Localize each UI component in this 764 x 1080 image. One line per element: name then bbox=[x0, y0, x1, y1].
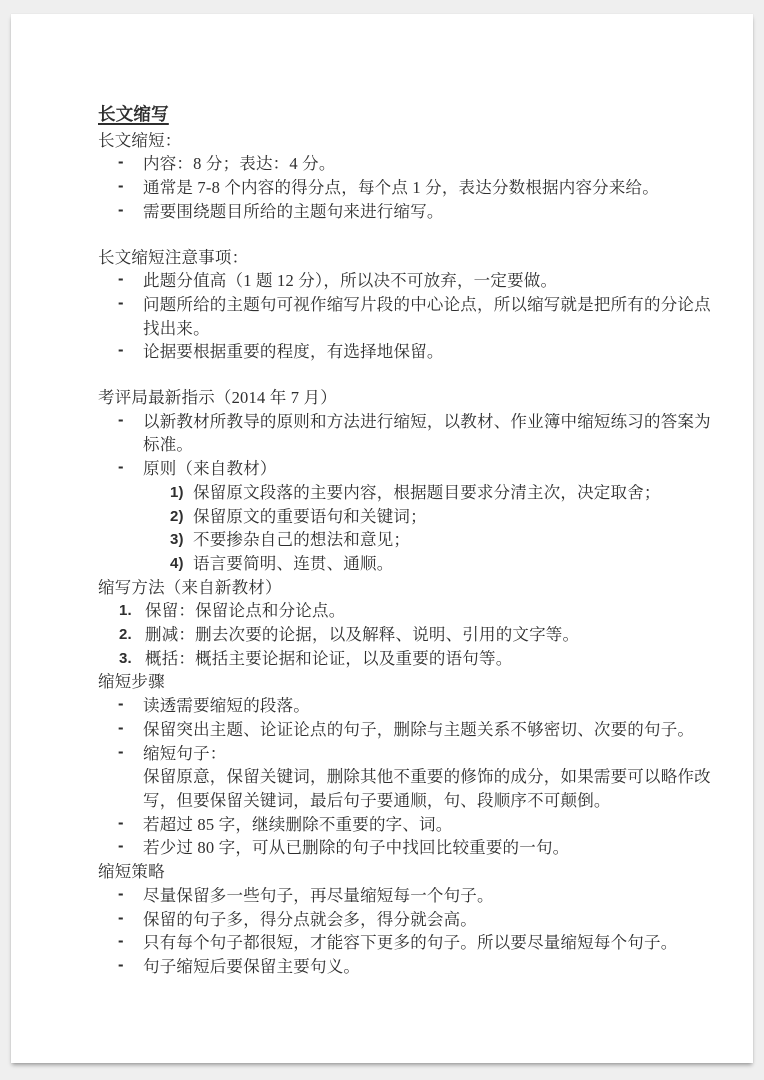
bullet-item: -只有每个句子都很短，才能容下更多的句子。所以要尽量缩短每个句子。 bbox=[98, 931, 715, 955]
line-text: 原则（来自教材） bbox=[143, 459, 277, 478]
bullet-item: -若少过 80 字，可从已删除的句子中找回比较重要的一句。 bbox=[98, 836, 715, 860]
bullet-item: -以新教材所教导的原则和方法进行缩短，以教材、作业簿中缩短练习的答案为 bbox=[98, 410, 715, 434]
numbered-item: 3.概括：概括主要论据和论证，以及重要的语句等。 bbox=[98, 647, 715, 671]
dash-bullet-marker: - bbox=[118, 292, 124, 316]
numbered-item: 1)保留原文段落的主要内容，根据题目要求分清主次，决定取舍； bbox=[98, 481, 715, 505]
line-text: 长文缩短： bbox=[98, 131, 182, 150]
section-header: 缩短步骤 bbox=[98, 670, 715, 694]
line-text: 写，但要保留关键词，最后句子要通顺，句、段顺序不可颠倒。 bbox=[143, 791, 611, 810]
dash-bullet-marker: - bbox=[118, 175, 124, 199]
bullet-item: -若超过 85 字，继续删除不重要的字、词。 bbox=[98, 813, 715, 837]
line-text: 缩短策略 bbox=[98, 862, 165, 881]
continuation-line: 写，但要保留关键词，最后句子要通顺，句、段顺序不可颠倒。 bbox=[98, 789, 715, 813]
bullet-item: -保留突出主题、论证论点的句子，删除与主题关系不够密切、次要的句子。 bbox=[98, 718, 715, 742]
line-text: 语言要简明、连贯、通顺。 bbox=[193, 554, 393, 573]
line-text: 需要围绕题目所给的主题句来进行缩写。 bbox=[143, 202, 444, 221]
numbered-item: 3)不要掺杂自己的想法和意见； bbox=[98, 528, 715, 552]
dash-bullet-marker: - bbox=[118, 907, 124, 931]
bullet-item: -原则（来自教材） bbox=[98, 457, 715, 481]
dash-bullet-marker: - bbox=[118, 199, 124, 223]
dash-bullet-marker: - bbox=[118, 717, 124, 741]
doc-section: 长文缩写长文缩短：-内容：8 分；表达：4 分。-通常是 7-8 个内容的得分点… bbox=[98, 103, 715, 224]
line-text: 找出来。 bbox=[143, 319, 210, 338]
bullet-item: -尽量保留多一些句子，再尽量缩短每一个句子。 bbox=[98, 884, 715, 908]
number-label: 4) bbox=[170, 552, 184, 576]
line-text: 标准。 bbox=[143, 435, 193, 454]
bullet-item: -通常是 7-8 个内容的得分点，每个点 1 分，表达分数根据内容分来给。 bbox=[98, 176, 715, 200]
continuation-line: 标准。 bbox=[98, 433, 715, 457]
continuation-line: 找出来。 bbox=[98, 317, 715, 341]
section-header: 考评局最新指示（2014 年 7 月） bbox=[98, 386, 715, 410]
dash-bullet-marker: - bbox=[118, 954, 124, 978]
doc-section: 长文缩短注意事项：-此题分值高（1 题 12 分），所以决不可放弃，一定要做。-… bbox=[98, 246, 715, 365]
line-text: 论据要根据重要的程度，有选择地保留。 bbox=[143, 342, 444, 361]
line-text: 保留原意，保留关键词，删除其他不重要的修饰的成分，如果需要可以略作改 bbox=[143, 767, 711, 786]
doc-section: 缩写方法（来自新教材）1.保留：保留论点和分论点。2.删减：删去次要的论据，以及… bbox=[98, 576, 715, 671]
section-header: 缩短策略 bbox=[98, 860, 715, 884]
dash-bullet-marker: - bbox=[118, 456, 124, 480]
number-label: 2. bbox=[119, 623, 132, 647]
bullet-item: -此题分值高（1 题 12 分），所以决不可放弃，一定要做。 bbox=[98, 269, 715, 293]
line-text: 句子缩短后要保留主要句义。 bbox=[143, 957, 360, 976]
dash-bullet-marker: - bbox=[118, 339, 124, 363]
number-label: 2) bbox=[170, 505, 184, 529]
line-text: 不要掺杂自己的想法和意见； bbox=[193, 530, 410, 549]
doc-section: 缩短步骤-读透需要缩短的段落。-保留突出主题、论证论点的句子，删除与主题关系不够… bbox=[98, 670, 715, 860]
line-text: 若超过 85 字，继续删除不重要的字、词。 bbox=[143, 815, 452, 834]
number-label: 1) bbox=[170, 481, 184, 505]
dash-bullet-marker: - bbox=[118, 812, 124, 836]
section-header: 长文缩短： bbox=[98, 129, 715, 153]
dash-bullet-marker: - bbox=[118, 268, 124, 292]
number-label: 3. bbox=[119, 647, 132, 671]
dash-bullet-marker: - bbox=[118, 409, 124, 433]
line-text: 缩短步骤 bbox=[98, 672, 165, 691]
line-text: 概括：概括主要论据和论证，以及重要的语句等。 bbox=[145, 649, 512, 668]
section-header: 缩写方法（来自新教材） bbox=[98, 576, 715, 600]
line-text: 问题所给的主题句可视作缩写片段的中心论点，所以缩写就是把所有的分论点 bbox=[143, 295, 711, 314]
bullet-item: -需要围绕题目所给的主题句来进行缩写。 bbox=[98, 200, 715, 224]
dash-bullet-marker: - bbox=[118, 930, 124, 954]
numbered-item: 4)语言要简明、连贯、通顺。 bbox=[98, 552, 715, 576]
bullet-item: -论据要根据重要的程度，有选择地保留。 bbox=[98, 340, 715, 364]
line-text: 保留：保留论点和分论点。 bbox=[145, 601, 345, 620]
doc-title: 长文缩写 bbox=[98, 103, 715, 127]
line-text: 删减：删去次要的论据，以及解释、说明、引用的文字等。 bbox=[145, 625, 579, 644]
doc-section: 考评局最新指示（2014 年 7 月）-以新教材所教导的原则和方法进行缩短，以教… bbox=[98, 386, 715, 576]
dash-bullet-marker: - bbox=[118, 741, 124, 765]
bullet-item: -问题所给的主题句可视作缩写片段的中心论点，所以缩写就是把所有的分论点 bbox=[98, 293, 715, 317]
line-text: 保留原文的重要语句和关键词； bbox=[193, 507, 427, 526]
line-text: 保留原文段落的主要内容，根据题目要求分清主次，决定取舍； bbox=[193, 483, 661, 502]
continuation-line: 保留原意，保留关键词，删除其他不重要的修饰的成分，如果需要可以略作改 bbox=[98, 765, 715, 789]
bullet-item: -句子缩短后要保留主要句义。 bbox=[98, 955, 715, 979]
line-text: 以新教材所教导的原则和方法进行缩短，以教材、作业簿中缩短练习的答案为 bbox=[143, 412, 711, 431]
dash-bullet-marker: - bbox=[118, 883, 124, 907]
line-text: 此题分值高（1 题 12 分），所以决不可放弃，一定要做。 bbox=[143, 271, 557, 290]
line-text: 若少过 80 字，可从已删除的句子中找回比较重要的一句。 bbox=[143, 838, 569, 857]
line-text: 缩写方法（来自新教材） bbox=[98, 578, 282, 597]
bullet-item: -缩短句子： bbox=[98, 742, 715, 766]
bullet-item: -保留的句子多，得分点就会多，得分就会高。 bbox=[98, 908, 715, 932]
scan-background: 长文缩写长文缩短：-内容：8 分；表达：4 分。-通常是 7-8 个内容的得分点… bbox=[0, 0, 764, 1080]
document-content: 长文缩写长文缩短：-内容：8 分；表达：4 分。-通常是 7-8 个内容的得分点… bbox=[11, 14, 753, 979]
dash-bullet-marker: - bbox=[118, 151, 124, 175]
bullet-item: -读透需要缩短的段落。 bbox=[98, 694, 715, 718]
line-text: 长文缩短注意事项： bbox=[98, 248, 248, 267]
number-label: 1. bbox=[119, 599, 132, 623]
numbered-item: 1.保留：保留论点和分论点。 bbox=[98, 599, 715, 623]
line-text: 长文缩写 bbox=[98, 104, 169, 124]
line-text: 尽量保留多一些句子，再尽量缩短每一个句子。 bbox=[143, 886, 494, 905]
section-header: 长文缩短注意事项： bbox=[98, 246, 715, 270]
numbered-item: 2)保留原文的重要语句和关键词； bbox=[98, 505, 715, 529]
line-text: 通常是 7-8 个内容的得分点，每个点 1 分，表达分数根据内容分来给。 bbox=[143, 178, 659, 197]
line-text: 内容：8 分；表达：4 分。 bbox=[143, 154, 336, 173]
line-text: 保留突出主题、论证论点的句子，删除与主题关系不够密切、次要的句子。 bbox=[143, 720, 694, 739]
document-page: 长文缩写长文缩短：-内容：8 分；表达：4 分。-通常是 7-8 个内容的得分点… bbox=[11, 14, 753, 1063]
line-text: 缩短句子： bbox=[143, 744, 227, 763]
line-text: 考评局最新指示（2014 年 7 月） bbox=[98, 388, 337, 407]
doc-section: 缩短策略-尽量保留多一些句子，再尽量缩短每一个句子。-保留的句子多，得分点就会多… bbox=[98, 860, 715, 979]
bullet-item: -内容：8 分；表达：4 分。 bbox=[98, 152, 715, 176]
line-text: 读透需要缩短的段落。 bbox=[143, 696, 310, 715]
number-label: 3) bbox=[170, 528, 184, 552]
numbered-item: 2.删减：删去次要的论据，以及解释、说明、引用的文字等。 bbox=[98, 623, 715, 647]
dash-bullet-marker: - bbox=[118, 693, 124, 717]
line-text: 只有每个句子都很短，才能容下更多的句子。所以要尽量缩短每个句子。 bbox=[143, 933, 677, 952]
dash-bullet-marker: - bbox=[118, 835, 124, 859]
line-text: 保留的句子多，得分点就会多，得分就会高。 bbox=[143, 910, 477, 929]
